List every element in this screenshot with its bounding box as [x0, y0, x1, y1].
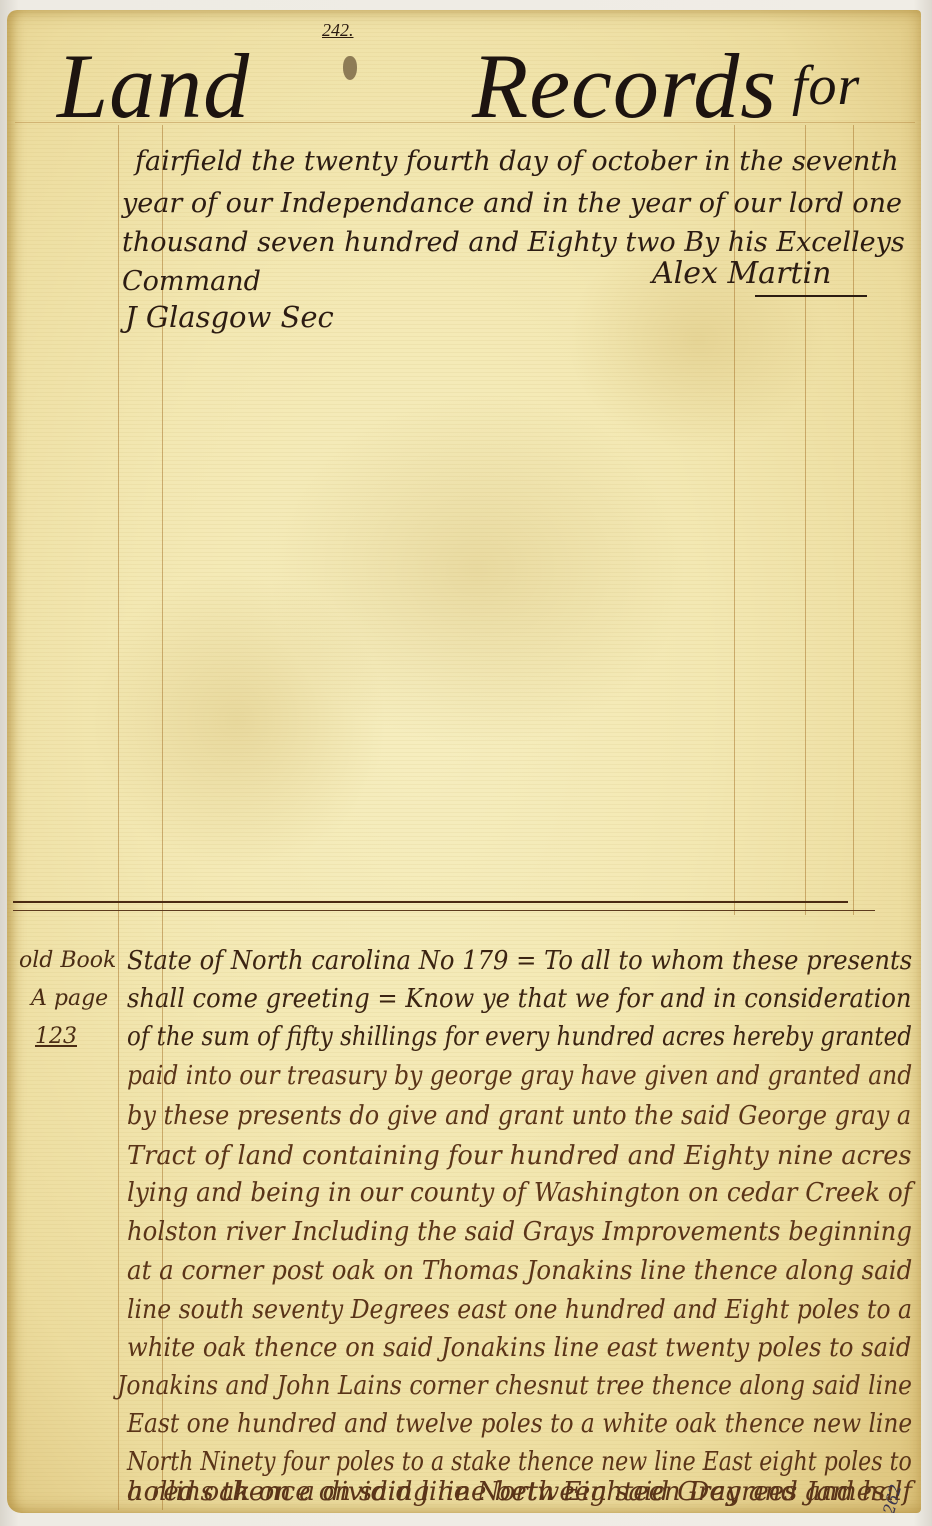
folio-number: 242.	[322, 20, 354, 41]
lower-entry-line: Tract of land containing four hundred an…	[127, 1141, 912, 1171]
header-word-land: Land	[57, 40, 250, 132]
margin-rule-left	[118, 125, 119, 1510]
lower-entry-line: at a corner post oak on Thomas Jonakins …	[127, 1256, 912, 1286]
ink-blot	[343, 56, 357, 80]
lower-entry-line: East one hundred and twelve poles to a w…	[127, 1409, 912, 1439]
lower-entry-line: holston river Including the said Grays I…	[127, 1217, 912, 1247]
lower-entry-line: shall come greeting = Know ye that we fo…	[127, 984, 911, 1014]
signature: Alex Martin	[652, 256, 831, 291]
section-divider-top	[13, 901, 848, 903]
lower-entry-line: white oak thence on said Jonakins line e…	[127, 1333, 911, 1363]
upper-entry-line: Command	[122, 266, 261, 297]
section-divider-bottom	[13, 910, 875, 911]
upper-entry-line: year of our Independance and in the year…	[122, 188, 902, 219]
lower-entry-line: North Ninety four poles to a stake thenc…	[127, 1447, 912, 1477]
lower-entry-line: hollins thence on said line North Eighte…	[127, 1477, 912, 1507]
upper-entry-line: thousand seven hundred and Eighty two By…	[122, 227, 905, 258]
attestation: J Glasgow Sec	[125, 300, 334, 334]
header-word-records: Records	[472, 40, 777, 132]
water-stain	[87, 570, 387, 870]
margin-note-line: 123	[35, 1024, 77, 1049]
margin-note-line: old Book	[19, 948, 116, 973]
lower-entry-line: Jonakins and John Lains corner chesnut t…	[117, 1371, 912, 1401]
scan-background: 242. Land Records for fairfield the twen…	[0, 0, 932, 1526]
lower-entry-line: line south seventy Degrees east one hund…	[127, 1295, 912, 1325]
lower-entry-line: of the sum of fifty shillings for every …	[127, 1022, 912, 1052]
upper-entry-line: fairfield the twenty fourth day of octob…	[135, 146, 899, 177]
header-word-for: for	[792, 58, 860, 114]
lower-entry-line: State of North carolina No 179 = To all …	[127, 946, 912, 976]
margin-note-line: A page	[31, 986, 108, 1011]
signature-underline	[755, 295, 867, 297]
lower-entry-line: lying and being in our county of Washing…	[127, 1178, 912, 1208]
lower-entry-line: by these presents do give and grant unto…	[127, 1101, 911, 1131]
lower-entry-line: paid into our treasury by george gray ha…	[127, 1061, 912, 1091]
ledger-page: 242. Land Records for fairfield the twen…	[7, 10, 921, 1513]
water-stain	[267, 390, 687, 750]
